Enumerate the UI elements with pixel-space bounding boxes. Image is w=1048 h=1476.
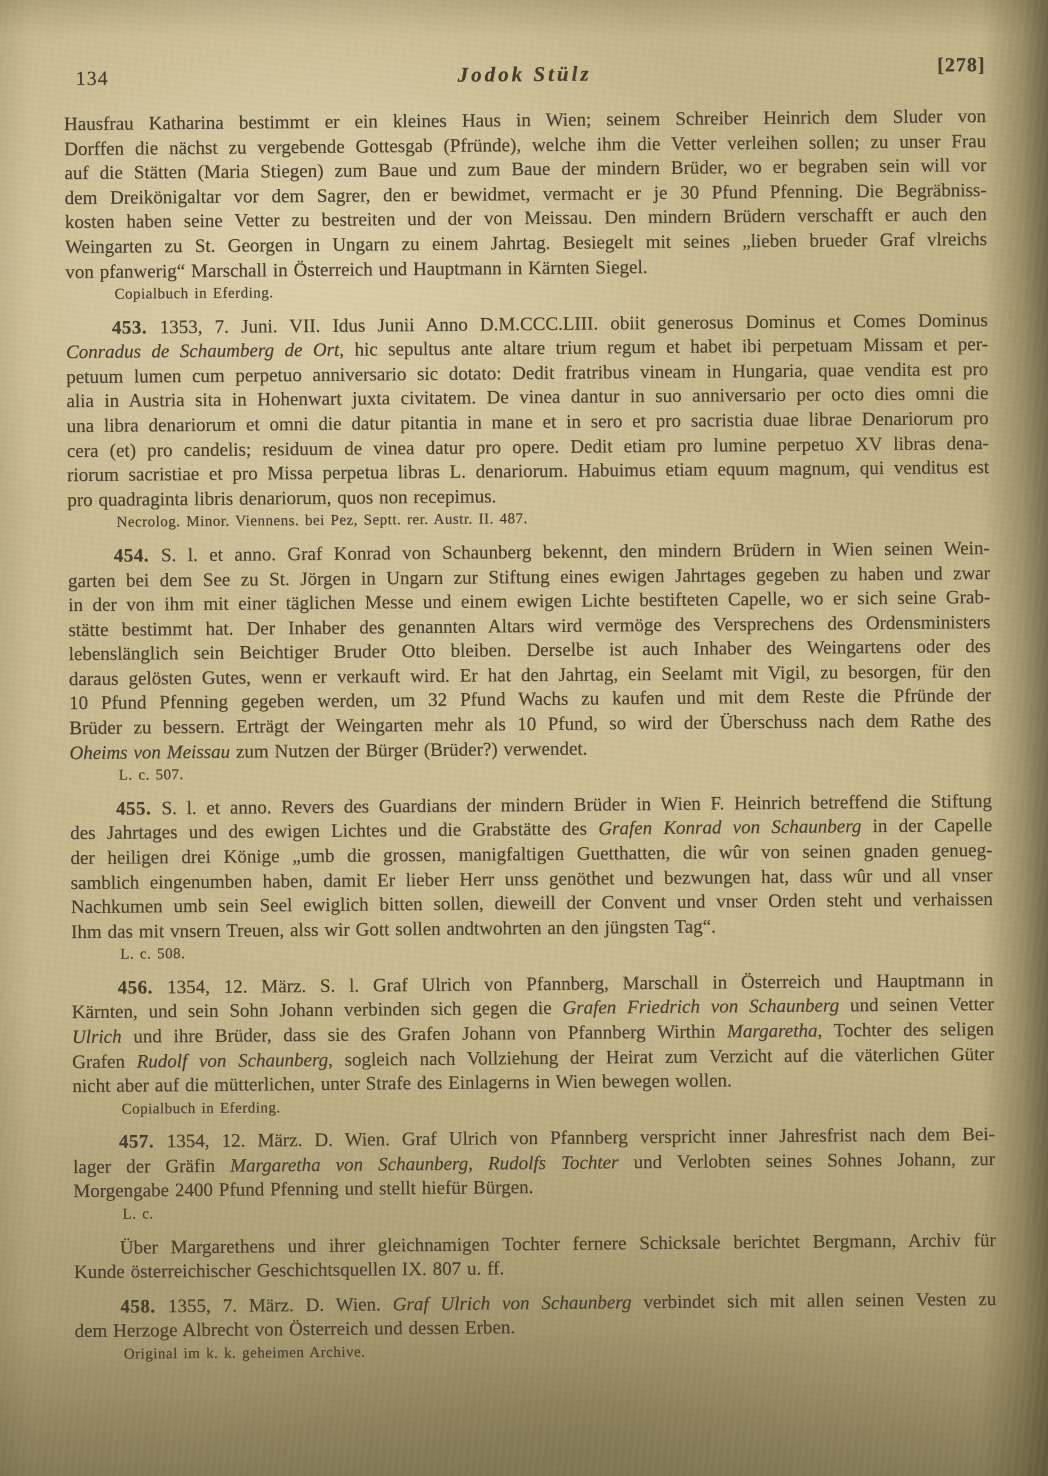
page-header: 134 Jodok Stülz [278] (63, 58, 985, 96)
entry-paragraph: 453. 1353, 7. Juni. VII. Idus Junii Anno… (66, 309, 990, 514)
bracket-number: [278] (937, 54, 986, 77)
page-content: 134 Jodok Stülz [278] Hausfrau Katharina… (63, 58, 996, 1366)
entry-paragraph: 454. S. l. et anno. Graf Konrad von Scha… (68, 537, 992, 766)
entry-paragraph: 455. S. l. et anno. Revers des Guardians… (70, 790, 993, 946)
paragraph: Über Margarethens und ihrer gleichnamige… (74, 1229, 996, 1286)
running-title: Jodok Stülz (63, 58, 985, 91)
entry-paragraph: 456. 1354, 12. März. S. l. Graf Ulrich v… (71, 969, 994, 1100)
entry-paragraph: 457. 1354, 12. März. D. Wien. Graf Ulric… (73, 1123, 996, 1205)
page-body: Hausfrau Katharina bestimmt er ein klein… (64, 105, 997, 1366)
entry-paragraph: 458. 1355, 7. März. D. Wien. Graf Ulrich… (74, 1288, 996, 1345)
scanned-book-page: 134 Jodok Stülz [278] Hausfrau Katharina… (0, 0, 1048, 1476)
paragraph: Hausfrau Katharina bestimmt er ein klein… (64, 105, 987, 285)
